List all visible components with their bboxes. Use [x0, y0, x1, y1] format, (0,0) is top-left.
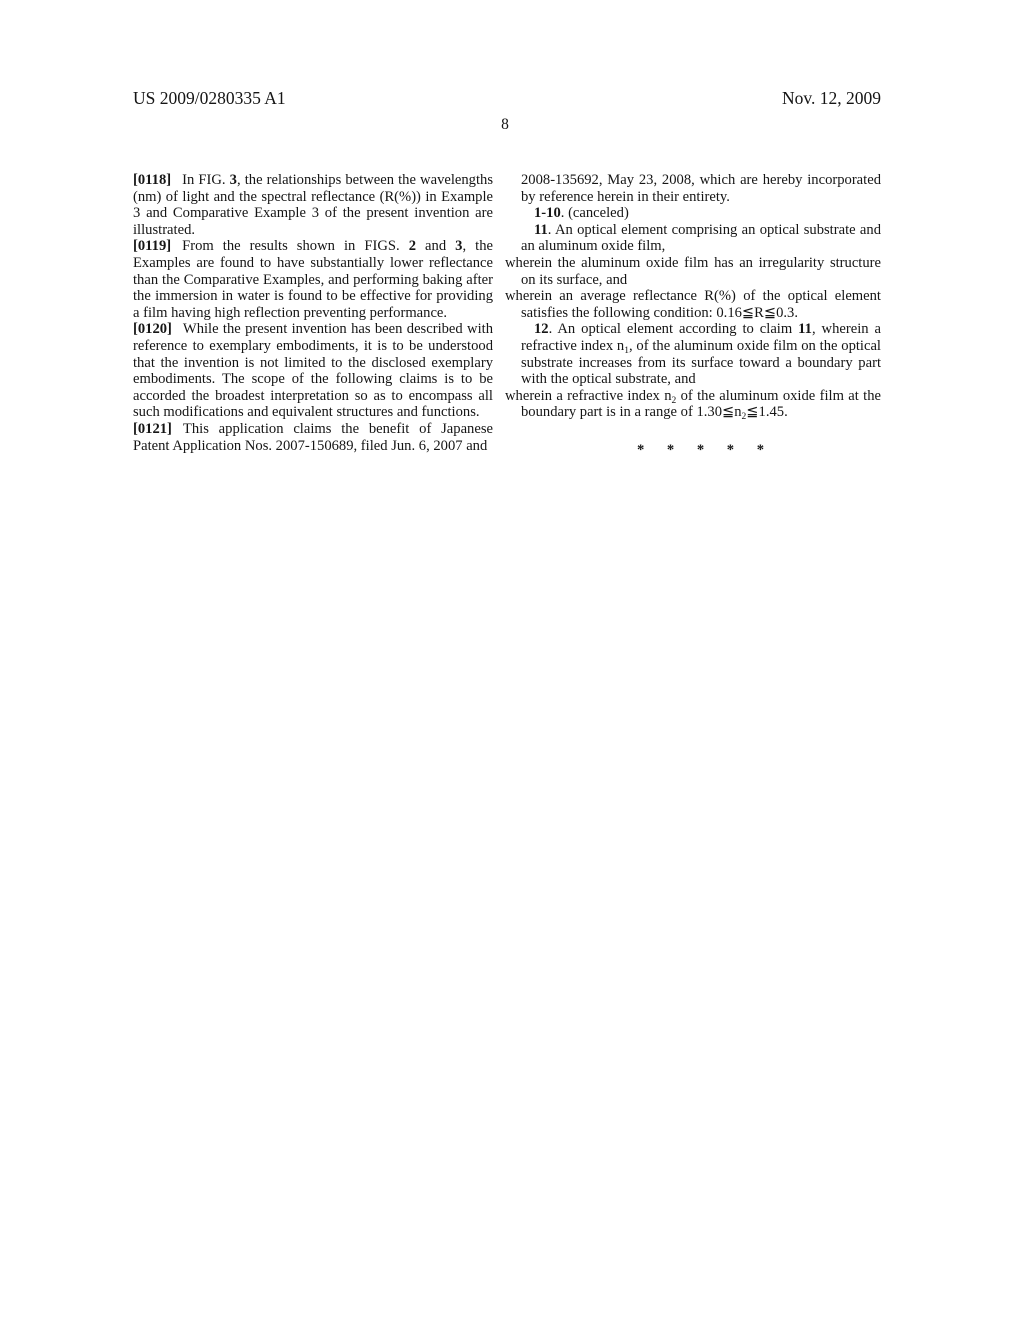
paragraph-0121-continuation: 2008-135692, May 23, 2008, which are her… — [521, 172, 881, 205]
figure-reference: 3 — [230, 172, 237, 188]
figure-reference: 2 — [409, 238, 416, 254]
publication-number: US 2009/0280335 A1 — [133, 88, 286, 108]
claim-reference: 11 — [798, 321, 812, 337]
claim-11-clause-2: wherein an average reflectance R(%) of t… — [521, 288, 881, 321]
paragraph-tag: [0119] — [133, 238, 171, 254]
claim-12-clause: wherein a refractive index n2 of the alu… — [521, 388, 881, 421]
paragraph-tag: [0120] — [133, 321, 172, 337]
text-run: While the present invention has been des… — [133, 321, 493, 420]
patent-document-page: US 2009/0280335 A1 Nov. 12, 2009 8 [0118… — [0, 0, 1024, 1320]
right-column: 2008-135692, May 23, 2008, which are her… — [521, 172, 881, 459]
text-run: and — [416, 238, 455, 254]
paragraph-0120: [0120]While the present invention has be… — [133, 321, 493, 421]
claim-11-intro: 11. An optical element comprising an opt… — [521, 222, 881, 255]
text-run: From the results shown in FIGS. — [182, 238, 409, 254]
page-number: 8 — [0, 116, 1010, 134]
page-header: US 2009/0280335 A1 Nov. 12, 2009 — [133, 88, 881, 108]
claim-number: 12 — [534, 321, 549, 337]
text-run: ≦1.45. — [746, 404, 787, 420]
claim-number: 11 — [534, 222, 548, 238]
paragraph-0121: [0121]This application claims the benefi… — [133, 421, 493, 454]
paragraph-0118: [0118]In FIG. 3, the relationships betwe… — [133, 172, 493, 238]
claims-canceled: 1-10. (canceled) — [521, 205, 881, 222]
paragraph-tag: [0121] — [133, 421, 172, 437]
text-run: . An optical element comprising an optic… — [521, 222, 881, 255]
publication-date: Nov. 12, 2009 — [782, 88, 881, 108]
claim-12-intro: 12. An optical element according to clai… — [521, 321, 881, 387]
text-run: . (canceled) — [561, 205, 629, 221]
text-run: . An optical element according to claim — [549, 321, 799, 337]
end-of-claims-marker: * * * * * — [521, 442, 881, 459]
paragraph-0119: [0119]From the results shown in FIGS. 2 … — [133, 238, 493, 321]
text-run: 2008-135692, May 23, 2008, which are her… — [521, 172, 881, 205]
text-run: In FIG. — [182, 172, 230, 188]
body-columns: [0118]In FIG. 3, the relationships betwe… — [133, 172, 881, 459]
text-run: wherein a refractive index n — [505, 388, 672, 404]
paragraph-tag: [0118] — [133, 172, 171, 188]
claim-number: 1-10 — [534, 205, 561, 221]
left-column: [0118]In FIG. 3, the relationships betwe… — [133, 172, 493, 459]
claim-11-clause-1: wherein the aluminum oxide film has an i… — [521, 255, 881, 288]
text-run: This application claims the benefit of J… — [133, 421, 493, 454]
text-run: wherein an average reflectance R(%) of t… — [505, 288, 881, 321]
text-run: wherein the aluminum oxide film has an i… — [505, 255, 881, 288]
